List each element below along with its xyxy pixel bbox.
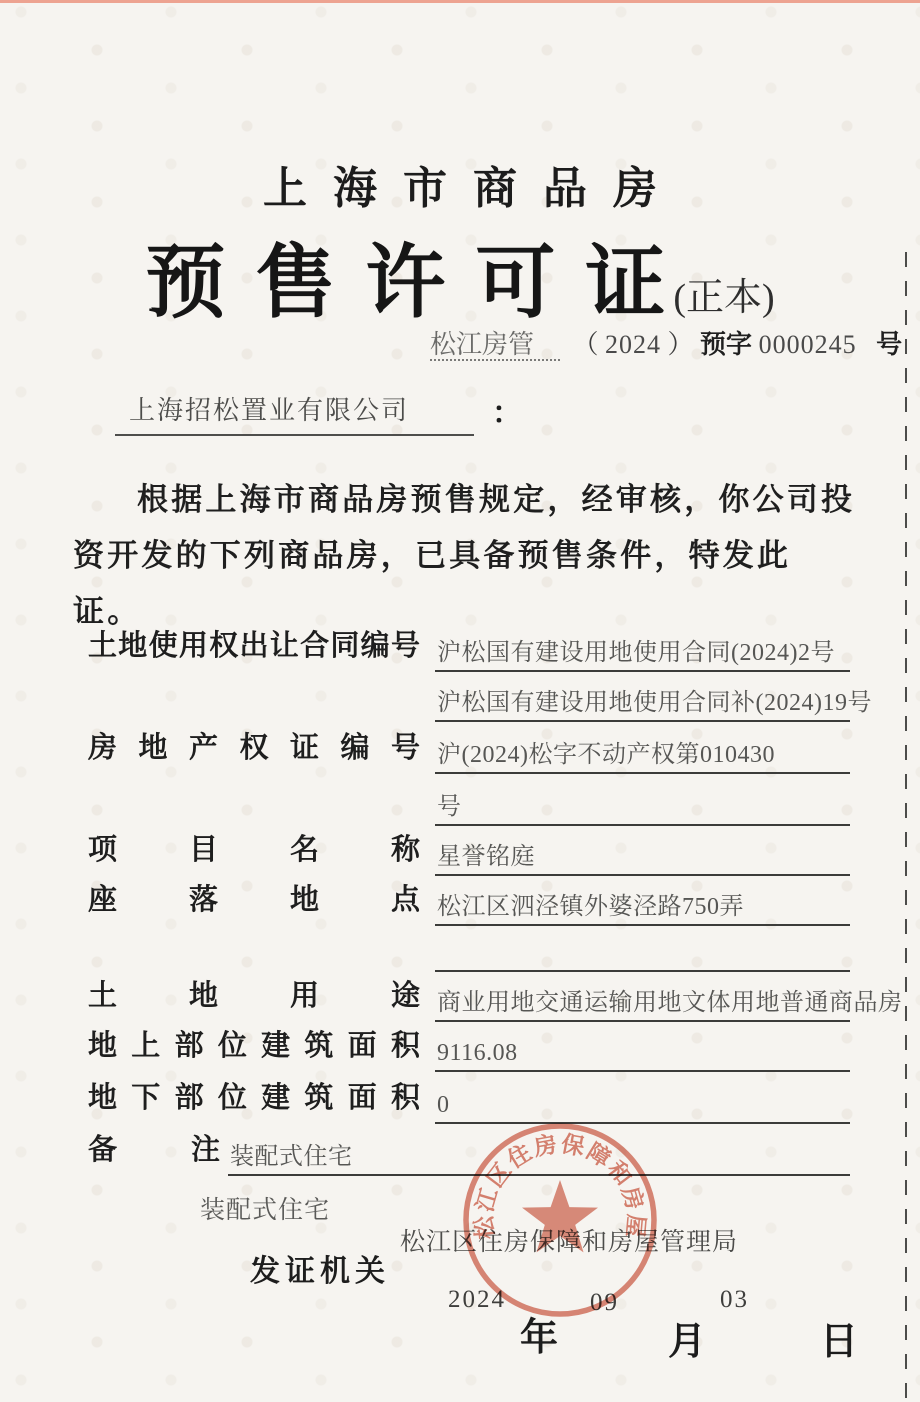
field-label: 地下部位建筑面积	[88, 1075, 420, 1116]
field-underline: 沪松国有建设用地使用合同补(2024)19号	[435, 720, 850, 722]
field-row-location-cont	[0, 928, 920, 972]
doc-number-suffix: 号	[876, 330, 902, 359]
field-value: 9116.08	[437, 1040, 518, 1067]
field-label: 土地用途	[88, 973, 420, 1014]
field-underline: 商业用地交通运输用地文体用地普通商品房	[435, 1020, 850, 1022]
field-value: 装配式住宅	[230, 1136, 353, 1171]
day-character: 日	[820, 1310, 858, 1365]
doc-number-type: 预字	[700, 330, 752, 359]
doc-number-paren-open: （	[573, 330, 599, 359]
field-row-above-ground-area: 地上部位建筑面积 9116.08	[0, 1028, 920, 1072]
issue-date-day: 03	[720, 1286, 749, 1314]
page-title-line2: 预售许可证	[145, 218, 695, 333]
doc-number-year: 2024	[605, 330, 661, 359]
field-value: 沪(2024)松字不动产权第010430	[437, 734, 775, 769]
field-label: 房地产权证编号	[88, 725, 420, 766]
field-row-project-name: 项目名称 星誉铭庭	[0, 832, 920, 876]
issuing-authority-label: 发证机关	[250, 1246, 390, 1290]
field-label: 项目名称	[88, 827, 420, 868]
field-value: 0	[437, 1092, 450, 1119]
scan-top-edge	[0, 0, 920, 3]
field-underline: 星誉铭庭	[435, 874, 850, 876]
field-label: 土地使用权出让合同编号	[88, 623, 420, 664]
field-row-property-cert-2: 号	[0, 782, 920, 826]
page-title-suffix: (正本)	[673, 266, 774, 321]
doc-number-issuer: 松江房管	[430, 330, 560, 361]
field-underline: 号	[435, 824, 850, 826]
field-row-land-contract-1: 土地使用权出让合同编号 沪松国有建设用地使用合同(2024)2号	[0, 628, 920, 672]
month-character: 月	[668, 1310, 706, 1365]
field-row-property-cert-1: 房地产权证编号 沪(2024)松字不动产权第010430	[0, 730, 920, 774]
page-title-line1: 上海市商品房	[0, 152, 920, 216]
perforation-dashed-line	[905, 252, 907, 1400]
field-underline: 松江区泗泾镇外婆泾路750弄	[435, 924, 850, 926]
field-value: 商业用地交通运输用地文体用地普通商品房	[437, 982, 903, 1017]
field-row-land-contract-2: 沪松国有建设用地使用合同补(2024)19号	[0, 678, 920, 722]
official-red-seal: 上海市松江区住房保障和房屋管理局	[452, 1112, 668, 1328]
field-value: 沪松国有建设用地使用合同(2024)2号	[437, 632, 835, 667]
recipient-row: 上海招松置业有限公司 ：	[115, 388, 522, 436]
certificate-body-text: 根据上海市商品房预售规定，经审核，你公司投资开发的下列商品房，已具备预售条件，特…	[73, 472, 856, 640]
field-value: 沪松国有建设用地使用合同补(2024)19号	[437, 682, 872, 717]
field-value: 松江区泗泾镇外婆泾路750弄	[437, 886, 744, 921]
document-number-line: 松江房管 （ 2024 ） 预字 0000245 号	[430, 324, 902, 361]
prefab-housing-note: 装配式住宅	[200, 1190, 330, 1226]
field-underline: 沪(2024)松字不动产权第010430	[435, 772, 850, 774]
doc-number-serial: 0000245	[759, 330, 857, 359]
field-underline	[435, 970, 850, 972]
field-label: 地上部位建筑面积	[88, 1023, 420, 1064]
field-value: 号	[437, 786, 462, 821]
field-underline: 沪松国有建设用地使用合同(2024)2号	[435, 670, 850, 672]
presale-permit-certificate: 上海市商品房 预售许可证 (正本) 松江房管 （ 2024 ） 预字 00002…	[0, 0, 920, 1402]
recipient-colon: ：	[492, 397, 522, 430]
field-label: 座落地点	[88, 877, 420, 918]
page-title-row: 预售许可证 (正本)	[0, 218, 920, 333]
seal-star-icon	[522, 1180, 598, 1252]
field-value: 星誉铭庭	[437, 836, 535, 871]
doc-number-paren-close: ）	[668, 330, 694, 359]
field-underline: 9116.08	[435, 1070, 850, 1072]
field-row-land-use: 土地用途 商业用地交通运输用地文体用地普通商品房	[0, 978, 920, 1022]
recipient-company-name: 上海招松置业有限公司	[115, 390, 474, 436]
field-label: 备注	[88, 1127, 220, 1168]
field-row-location: 座落地点 松江区泗泾镇外婆泾路750弄	[0, 882, 920, 926]
